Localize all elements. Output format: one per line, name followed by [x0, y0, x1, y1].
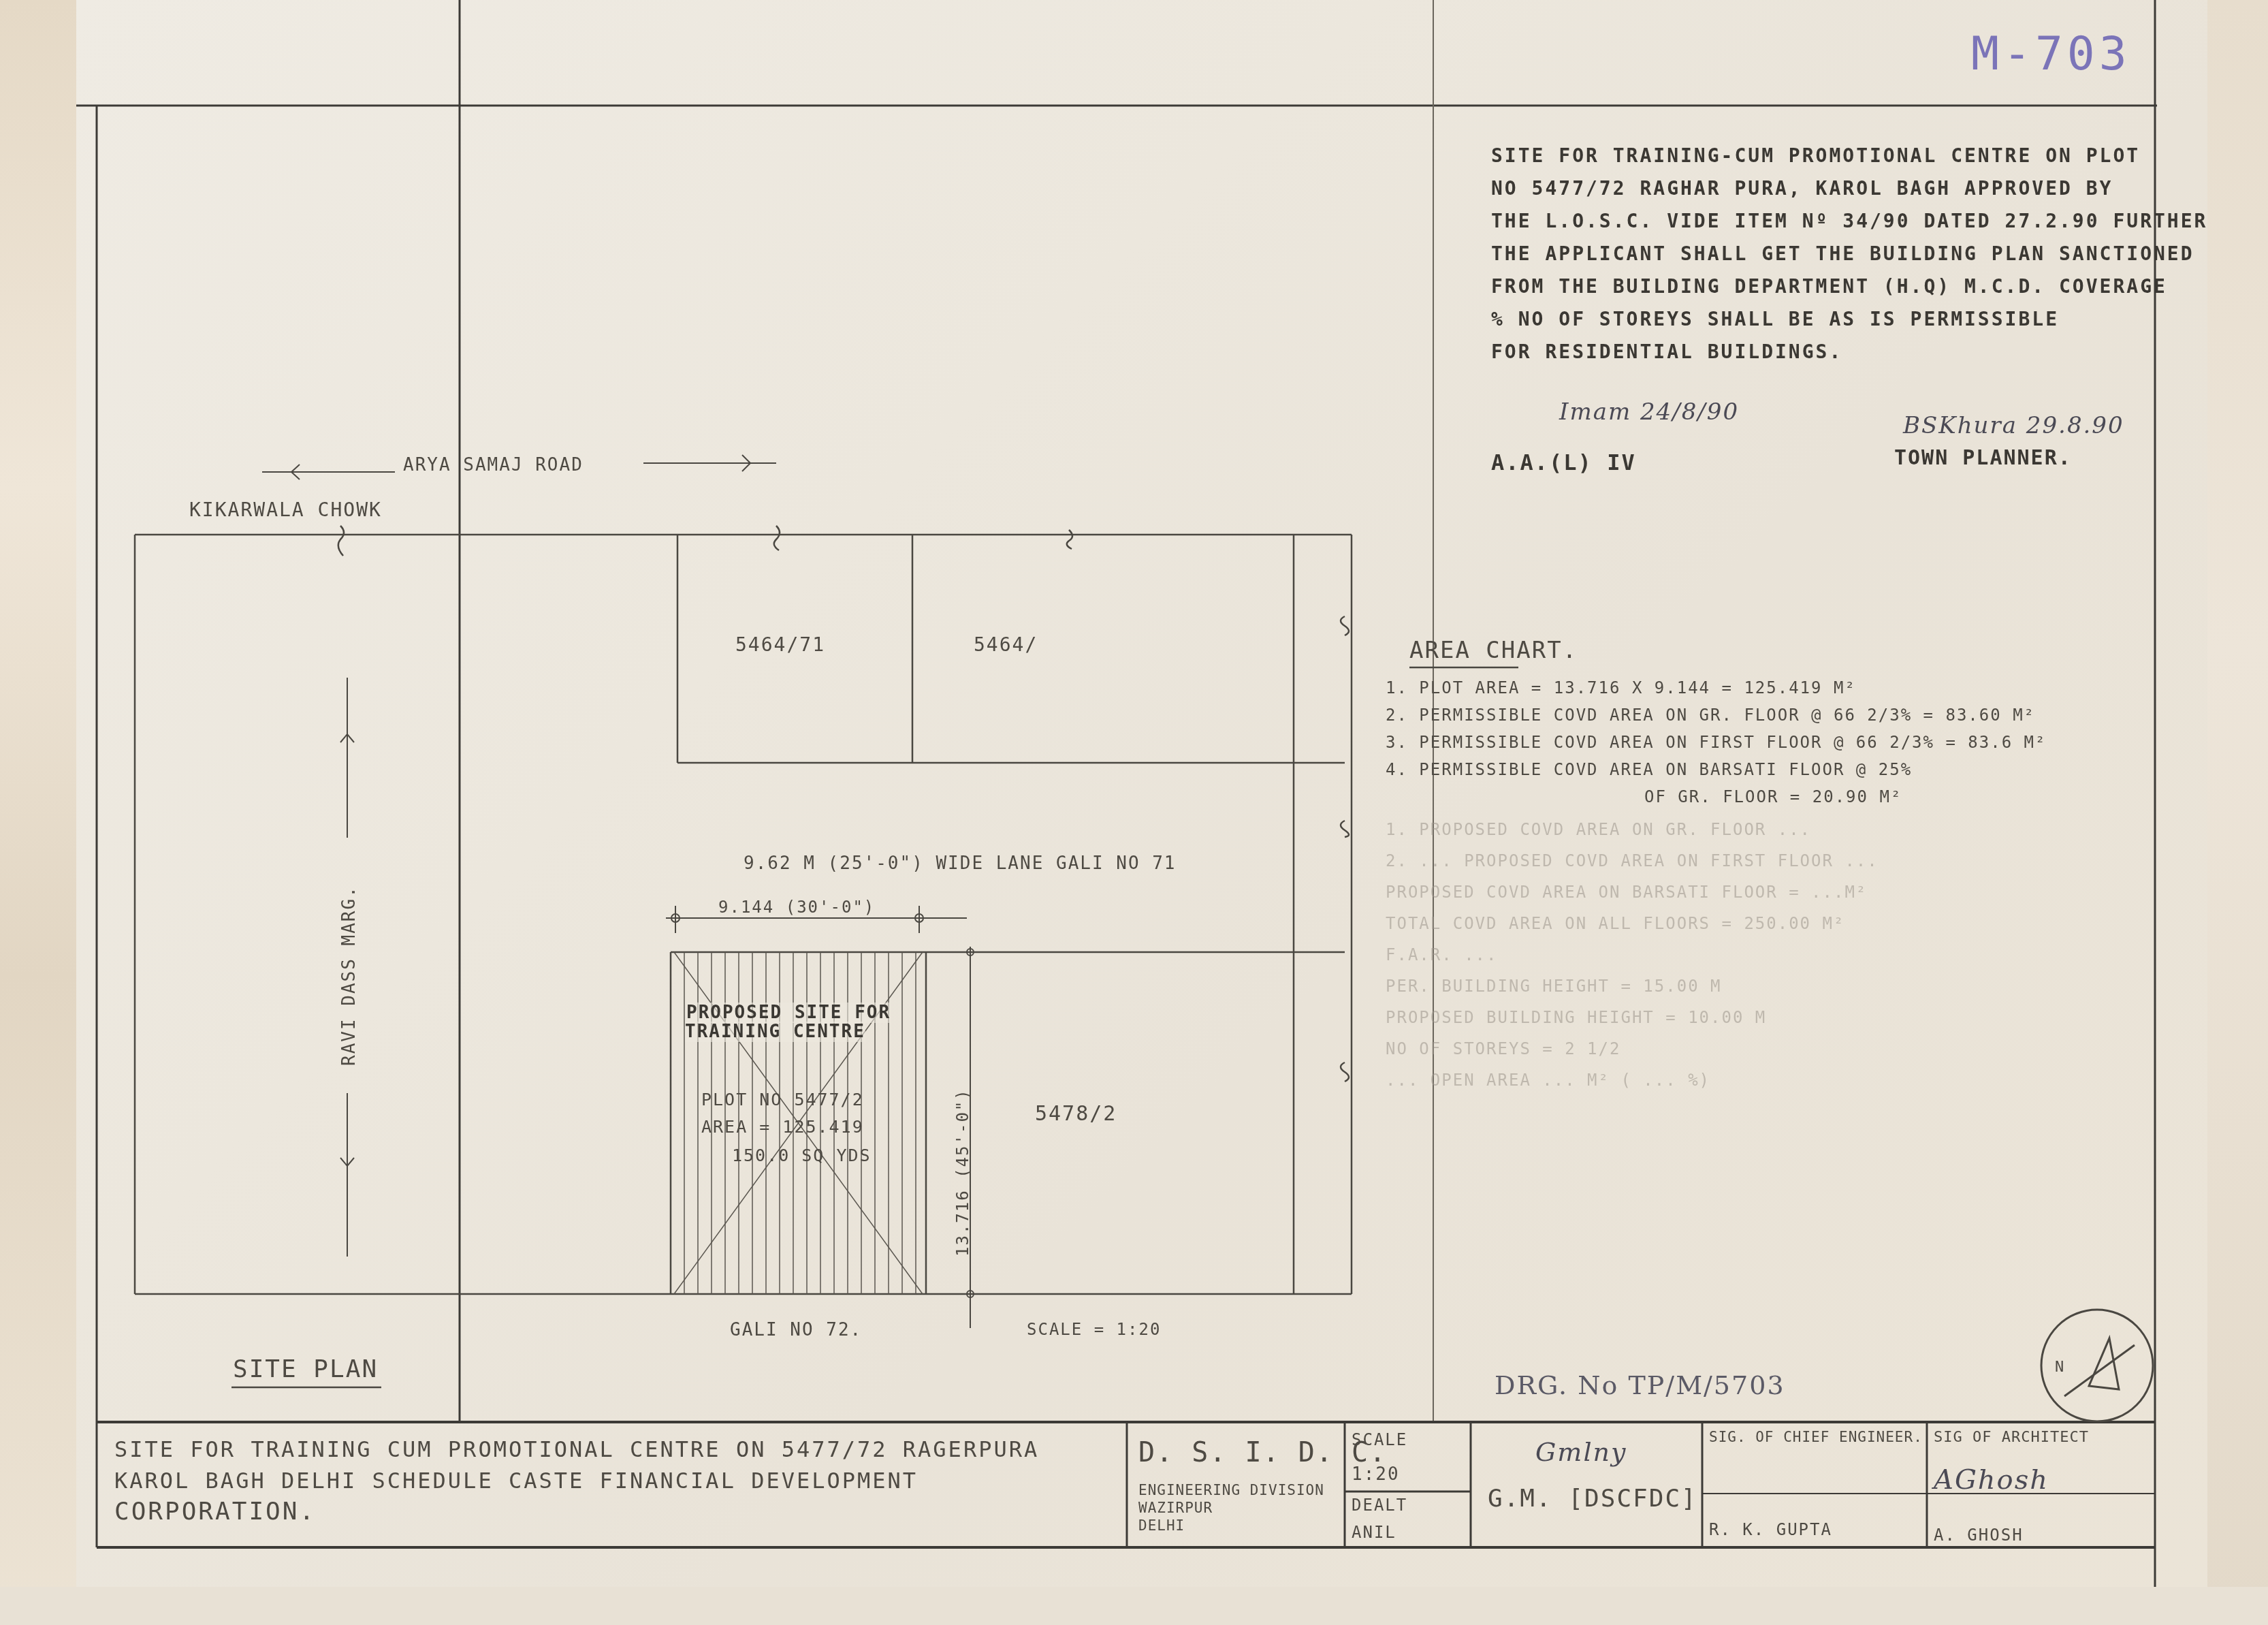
erased-item: F.A.R. ...	[1386, 939, 1879, 971]
note-line: FOR RESIDENTIAL BUILDINGS.	[1491, 336, 2207, 368]
note-line: NO 5477/72 RAGHAR PURA, KAROL BAGH APPRO…	[1491, 172, 2207, 205]
erased-area-entries: 1. PROPOSED COVD AREA ON GR. FLOOR ... 2…	[1386, 814, 1879, 1096]
aa-signature: Imam 24/8/90	[1559, 398, 1739, 426]
depth-dimension: 13.716 (45'-0")	[953, 1088, 972, 1257]
town-planner-signature: BSKhura 29.8.90	[1903, 412, 2124, 439]
note-line: FROM THE BUILDING DEPARTMENT (H.Q) M.C.D…	[1491, 270, 2207, 303]
erased-item: 1. PROPOSED COVD AREA ON GR. FLOOR ...	[1386, 814, 1879, 845]
scale-value: 1:20	[1352, 1464, 1400, 1485]
gm-label: G.M. [DSCFDC]	[1488, 1485, 1697, 1513]
drawn-by-name: ANIL	[1352, 1523, 1396, 1542]
proposed-site-heading: TRAINING CENTRE	[685, 1022, 865, 1042]
width-dimension: 9.144 (30'-0")	[718, 898, 875, 917]
organisation-location: DELHI	[1138, 1517, 1185, 1534]
organisation-location: WAZIRPUR	[1138, 1500, 1213, 1516]
erased-item: PROPOSED COVD AREA ON BARSATI FLOOR = ..…	[1386, 877, 1879, 908]
plot-label: 5464/	[974, 633, 1038, 656]
road-label-corner: KIKARWALA CHOWK	[189, 499, 382, 521]
area-chart-item: 2. PERMISSIBLE COVD AREA ON GR. FLOOR @ …	[1386, 701, 2047, 729]
road-label-top: ARYA SAMAJ ROAD	[403, 455, 584, 475]
area-chart-item: 3. PERMISSIBLE COVD AREA ON FIRST FLOOR …	[1386, 729, 2047, 756]
road-label-bottom: GALI NO 72.	[730, 1320, 862, 1340]
scale-label: SCALE	[1352, 1430, 1407, 1449]
plot-label: 5478/2	[1035, 1102, 1117, 1126]
file-stamp: M-703	[1971, 27, 2131, 81]
erased-item: ... OPEN AREA ... M² ( ... %)	[1386, 1064, 1879, 1096]
approval-note: SITE FOR TRAINING-CUM PROMOTIONAL CENTRE…	[1491, 140, 2207, 368]
title-description: SITE FOR TRAINING CUM PROMOTIONAL CENTRE…	[114, 1434, 1039, 1528]
architect-label: SIG OF ARCHITECT	[1934, 1429, 2089, 1446]
architect-name: A. GHOSH	[1934, 1526, 2024, 1545]
area-chart-list: 1. PLOT AREA = 13.716 X 9.144 = 125.419 …	[1386, 674, 2047, 810]
site-plan-title: SITE PLAN	[233, 1355, 378, 1383]
erased-item: PER. BUILDING HEIGHT = 15.00 M	[1386, 971, 1879, 1002]
erased-item: PROPOSED BUILDING HEIGHT = 10.00 M	[1386, 1002, 1879, 1033]
road-label-left: RAVI DASS MARG.	[339, 885, 360, 1066]
organisation-name: D. S. I. D. C.	[1138, 1437, 1387, 1468]
drawing-number: DRG. No TP/M/5703	[1495, 1370, 1785, 1400]
erased-item: 2. ... PROPOSED COVD AREA ON FIRST FLOOR…	[1386, 845, 1879, 877]
proposed-plot-no: PLOT NO 5477/2	[701, 1090, 864, 1109]
area-chart-title: AREA CHART.	[1409, 637, 1578, 664]
area-chart-item: 4. PERMISSIBLE COVD AREA ON BARSATI FLOO…	[1386, 756, 2047, 783]
note-line: SITE FOR TRAINING-CUM PROMOTIONAL CENTRE…	[1491, 140, 2207, 172]
chief-engineer-name: R. K. GUPTA	[1709, 1520, 1832, 1539]
drawn-by-label: DEALT	[1352, 1496, 1407, 1515]
title-line: SITE FOR TRAINING CUM PROMOTIONAL CENTRE…	[114, 1434, 1039, 1465]
area-chart-item: OF GR. FLOOR = 20.90 M²	[1386, 783, 2047, 810]
note-line: % NO OF STOREYS SHALL BE AS IS PERMISSIB…	[1491, 303, 2207, 336]
note-line: THE L.O.S.C. VIDE ITEM Nº 34/90 DATED 27…	[1491, 205, 2207, 238]
organisation-division: ENGINEERING DIVISION	[1138, 1482, 1324, 1498]
proposed-site-heading: PROPOSED SITE FOR	[686, 1003, 891, 1023]
aa-designation: A.A.(L) IV	[1491, 449, 1636, 475]
erased-item: TOTAL COVD AREA ON ALL FLOORS = 250.00 M…	[1386, 908, 1879, 939]
plot-label: 5464/71	[735, 633, 825, 656]
gm-signature: Gmlny	[1535, 1437, 1627, 1467]
plan-scale: SCALE = 1:20	[1027, 1320, 1161, 1339]
town-planner-designation: TOWN PLANNER.	[1894, 446, 2072, 470]
architect-signature: AGhosh	[1934, 1464, 2049, 1496]
proposed-plot-area: AREA = 125.419	[701, 1117, 864, 1137]
chief-engineer-label: SIG. OF CHIEF ENGINEER.	[1709, 1429, 1923, 1445]
title-line: CORPORATION.	[114, 1496, 1039, 1528]
erased-item: NO OF STOREYS = 2 1/2	[1386, 1033, 1879, 1064]
note-line: THE APPLICANT SHALL GET THE BUILDING PLA…	[1491, 238, 2207, 270]
proposed-plot-area-yds: 150.0 SQ YDS	[732, 1146, 872, 1165]
north-label: N	[2055, 1359, 2065, 1376]
area-chart-item: 1. PLOT AREA = 13.716 X 9.144 = 125.419 …	[1386, 674, 2047, 701]
road-label-middle: 9.62 M (25'-0") WIDE LANE GALI NO 71	[744, 853, 1177, 874]
title-line: KAROL BAGH DELHI SCHEDULE CASTE FINANCIA…	[114, 1465, 1039, 1496]
